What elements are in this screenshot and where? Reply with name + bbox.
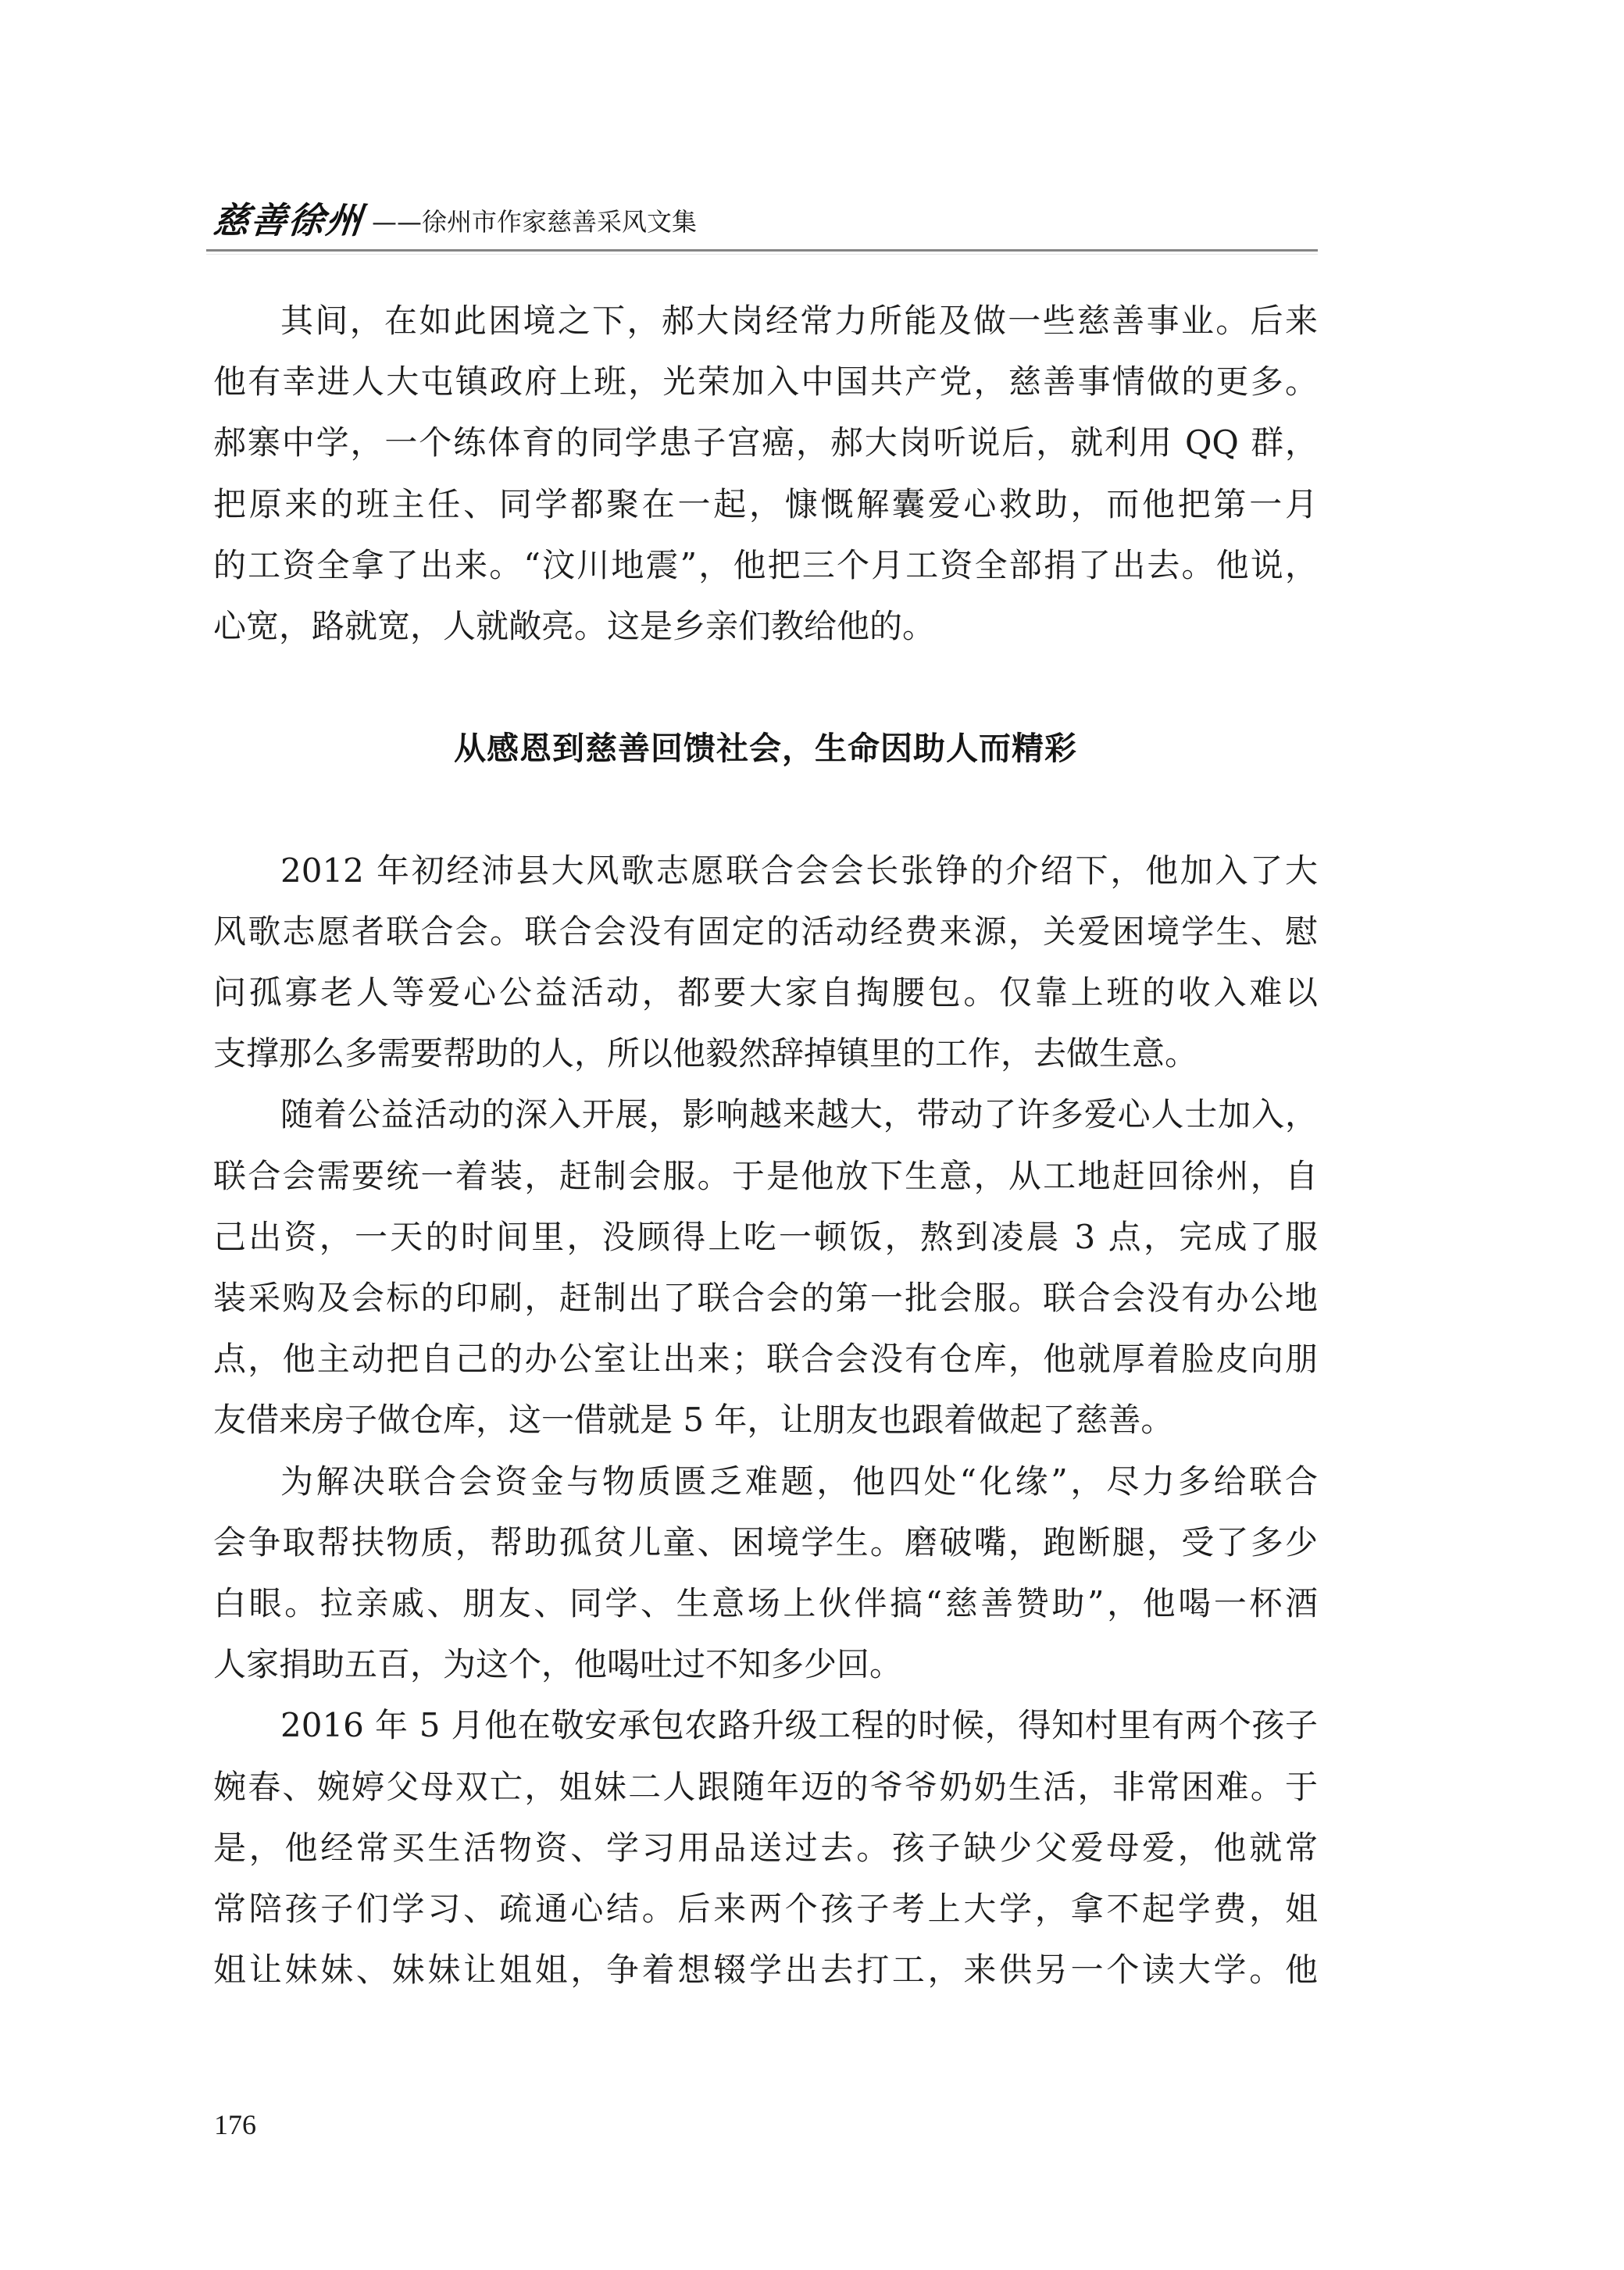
paragraph-5: 2016 年 5 月他在敬安承包农路升级工程的时候，得知村里有两个孩子 婉春、婉… — [213, 1695, 1318, 2001]
text-line: 友借来房子做仓库，这一借就是 5 年，让朋友也跟着做起了慈善。 — [213, 1390, 1318, 1451]
text-line: 随着公益活动的深入开展，影响越来越大，带动了许多爱心人士加入， — [213, 1084, 1318, 1145]
spacer — [213, 780, 1318, 841]
page-number: 176 — [214, 2108, 256, 2142]
text-line: 支撑那么多需要帮助的人，所以他毅然辞掉镇里的工作，去做生意。 — [213, 1023, 1318, 1084]
paragraph-2: 2012 年初经沛县大风歌志愿联合会会长张铮的介绍下，他加入了大 风歌志愿者联合… — [213, 841, 1318, 1085]
text-line: 为解决联合会资金与物质匮乏难题，他四处“化缘”，尽力多给联合 — [213, 1451, 1318, 1512]
text-line: 问孤寡老人等爱心公益活动，都要大家自掏腰包。仅靠上班的收入难以 — [213, 962, 1318, 1023]
body-text: 其间，在如此困境之下，郝大岗经常力所能及做一些慈善事业。后来 他有幸进人大屯镇政… — [213, 291, 1318, 2001]
text-line: 他有幸进人大屯镇政府上班，光荣加入中国共产党，慈善事情做的更多。 — [213, 352, 1318, 412]
text-line: 点，他主动把自己的办公室让出来；联合会没有仓库，他就厚着脸皮向朋 — [213, 1329, 1318, 1390]
text-line: 白眼。拉亲戚、朋友、同学、生意场上伙伴搞“慈善赞助”，他喝一杯酒 — [213, 1573, 1318, 1634]
text-line: 常陪孩子们学习、疏通心结。后来两个孩子考上大学，拿不起学费，姐 — [213, 1879, 1318, 1940]
text-line: 姐让妹妹、妹妹让姐姐，争着想辍学出去打工，来供另一个读大学。他 — [213, 1940, 1318, 2001]
paragraph-1: 其间，在如此困境之下，郝大岗经常力所能及做一些慈善事业。后来 他有幸进人大屯镇政… — [213, 291, 1318, 657]
running-head: 慈善徐州 ——徐州市作家慈善采风文集 — [206, 195, 1318, 255]
text-line: 风歌志愿者联合会。联合会没有固定的活动经费来源，关爱困境学生、慰 — [213, 901, 1318, 962]
paragraph-3: 随着公益活动的深入开展，影响越来越大，带动了许多爱心人士加入， 联合会需要统一着… — [213, 1084, 1318, 1451]
text-line: 会争取帮扶物质，帮助孤贫儿童、困境学生。磨破嘴，跑断腿，受了多少 — [213, 1512, 1318, 1573]
book-title-calligraphy: 慈善徐州 — [211, 197, 366, 244]
text-line: 其间，在如此困境之下，郝大岗经常力所能及做一些慈善事业。后来 — [213, 291, 1318, 352]
header-rule-thin — [206, 254, 1318, 255]
paragraph-4: 为解决联合会资金与物质匮乏难题，他四处“化缘”，尽力多给联合 会争取帮扶物质，帮… — [213, 1451, 1318, 1696]
text-line: 人家捐助五百，为这个，他喝吐过不知多少回。 — [213, 1634, 1318, 1695]
header-rule — [206, 249, 1318, 252]
text-line: 2012 年初经沛县大风歌志愿联合会会长张铮的介绍下，他加入了大 — [213, 841, 1318, 901]
text-line: 把原来的班主任、同学都聚在一起，慷慨解囊爱心救助，而他把第一月 — [213, 474, 1318, 535]
section-heading: 从感恩到慈善回馈社会，生命因助人而精彩 — [213, 718, 1318, 779]
spacer — [213, 657, 1318, 718]
text-line: 2016 年 5 月他在敬安承包农路升级工程的时候，得知村里有两个孩子 — [213, 1695, 1318, 1756]
text-line: 联合会需要统一着装，赶制会服。于是他放下生意，从工地赶回徐州，自 — [213, 1146, 1318, 1207]
text-line: 婉春、婉婷父母双亡，姐妹二人跟随年迈的爷爷奶奶生活，非常困难。于 — [213, 1757, 1318, 1818]
text-line: 是，他经常买生活物资、学习用品送过去。孩子缺少父爱母爱，他就常 — [213, 1818, 1318, 1879]
text-line: 郝寨中学，一个练体育的同学患子宫癌，郝大岗听说后，就利用 QQ 群， — [213, 412, 1318, 473]
text-line: 的工资全拿了出来。“汶川地震”，他把三个月工资全部捐了出去。他说， — [213, 535, 1318, 596]
text-line: 心宽，路就宽，人就敞亮。这是乡亲们教给他的。 — [213, 596, 1318, 657]
text-line: 己出资，一天的时间里，没顾得上吃一顿饭，熬到凌晨 3 点，完成了服 — [213, 1207, 1318, 1268]
text-line: 装采购及会标的印刷，赶制出了联合会的第一批会服。联合会没有办公地 — [213, 1268, 1318, 1329]
book-subtitle: ——徐州市作家慈善采风文集 — [372, 205, 697, 239]
